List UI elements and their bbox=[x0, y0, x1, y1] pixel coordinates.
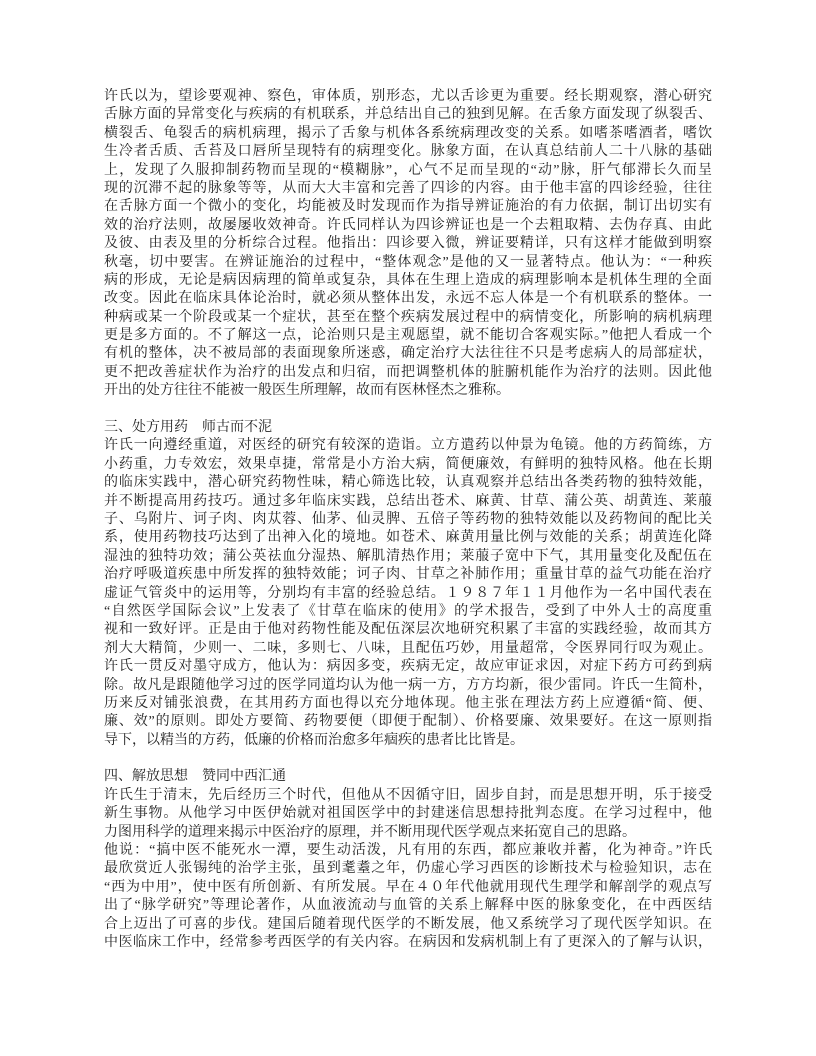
text-line: 在舌脉方面一个微小的变化，均能被及时发现而作为指导辨证施治的有力依据，制订出切实… bbox=[104, 198, 712, 216]
text-line: “西为中用”，使中医有所创新、有所发展。早在４０年代他就用现代生理学和解剖学的观… bbox=[104, 879, 712, 897]
paragraph-prescription: 许氏一向遵经重道，对医经的研究有较深的造诣。立方遣药以仲景为龟镜。他的方药简练，… bbox=[104, 437, 712, 750]
text-line: 改变。因此在临床具体论治时，就必须从整体出发，永远不忘人体是一个有机联系的整体。… bbox=[104, 290, 712, 308]
text-line: “自然医学国际会议”上发表了《甘草在临床的使用》的学术报告，受到了中外人士的高度… bbox=[104, 603, 712, 621]
text-line: 虚证气管炎中的运用等，分别均有丰富的经验总结。１９８７年１１月他作为一名中国代表… bbox=[104, 585, 712, 603]
text-line: 新生事物。从他学习中医伊始就对祖国医学中的封建迷信思想持批判态度。在学习过程中，… bbox=[104, 805, 712, 823]
text-line: 许氏生于清末，先后经历三个时代，但他从不因循守旧，固步自封，而是思想开明，乐于接… bbox=[104, 787, 712, 805]
text-line: 上，发现了久服抑制药物而呈现的“模糊脉”，心气不足而呈现的“动”脉，肝气郁滞长久… bbox=[104, 162, 712, 180]
text-line: 历来反对铺张浪费，在其用药方面也得以充分地体现。他主张在理法方药上应遵循“简、便… bbox=[104, 695, 712, 713]
text-line: 子、乌附片、诃子肉、肉苁蓉、仙茅、仙灵脾、五倍子等药物的独特效能以及药物间的配比… bbox=[104, 511, 712, 529]
text-line: 剂大大精简，少则一、二味，多则七、八味，且配伍巧妙，用量超常，令医界同行叹为观止… bbox=[104, 640, 712, 658]
text-line: 许氏以为，望诊要观神、察色，审体质，别形态，尤以舌诊更为重要。经长期观察，潜心研… bbox=[104, 88, 712, 106]
text-line: 秋毫，切中要害。在辨证施治的过程中，“整体观念”是他的又一显著特点。他认为：“一… bbox=[104, 254, 712, 272]
text-line: 种病或某一个阶段或某一个症状，甚至在整个疾病发展过程中的病情变化，所影响的病机病… bbox=[104, 309, 712, 327]
text-line: 力图用科学的道理来揭示中医治疗的原理，并不断用现代医学观点来拓宽自己的思路。 bbox=[104, 824, 712, 842]
text-line: 导下，以精当的方药，低廉的价格而治愈多年痼疾的患者比比皆是。 bbox=[104, 732, 712, 750]
text-line: 他说：“搞中医不能死水一潭，要生动活泼，凡有用的东西，都应兼收并蓄，化为神奇。”… bbox=[104, 842, 712, 860]
text-line: 小药重，力专效宏，效果卓捷，常常是小方治大病，简便廉效，有鲜明的独特风格。他在长… bbox=[104, 456, 712, 474]
document-page: 许氏以为，望诊要观神、察色，审体质，别形态，尤以舌诊更为重要。经长期观察，潜心研… bbox=[0, 0, 816, 1056]
text-line: 效的治疗法则，故屡屡收效神奇。许氏同样认为四诊辨证也是一个去粗取精、去伪存真、由… bbox=[104, 217, 712, 235]
text-line: 出了“脉学研究”等理论著作，从血液流动与血管的关系上解释中医的脉象变化，在中西医… bbox=[104, 897, 712, 915]
text-line: 中医临床工作中，经常参考西医学的有关内容。在病因和发病机制上有了更深入的了解与认… bbox=[104, 934, 712, 952]
text-line: 及彼、由表及里的分析综合过程。他指出：四诊要入微，辨证要精详，只有这样才能做到明… bbox=[104, 235, 712, 253]
text-line: 并不断提高用药技巧。通过多年临床实践，总结出苍术、麻黄、甘草、蒲公英、胡黄连、莱… bbox=[104, 493, 712, 511]
text-line: 有机的整体，决不被局部的表面现象所迷惑，确定治疗大法往往不只是考虑病人的局部症状… bbox=[104, 345, 712, 363]
document-body: 许氏以为，望诊要观神、察色，审体质，别形态，尤以舌诊更为重要。经长期观察，潜心研… bbox=[104, 88, 712, 952]
text-line: 合上迈出了可喜的步伐。建国后随着现代医学的不断发展，他又系统学习了现代医学知识。… bbox=[104, 916, 712, 934]
heading-section-3: 三、处方用药 师古而不泥 bbox=[104, 419, 712, 437]
text-line: 湿浊的独特功效；蒲公英祛血分湿热、解肌清热作用；莱菔子宽中下气，其用量变化及配伍… bbox=[104, 548, 712, 566]
text-line: 廉、效”的原则。即处方要简、药物要便（即便于配制）、价格要廉、效果要好。在这一原… bbox=[104, 713, 712, 731]
text-line: 病的形成，无论是病因病理的简单或复杂，具体在生理上造成的病理影响本是机体生理的全… bbox=[104, 272, 712, 290]
text-line: 的临床实践中，潜心研究药物性味，精心筛选比较，认真观察并总结出各类药物的独特效能… bbox=[104, 474, 712, 492]
text-line: 开出的处方往往不能被一般医生所理解，故而有医林怪杰之雅称。 bbox=[104, 382, 712, 400]
text-line: 许氏一贯反对墨守成方，他认为：病因多变，疾病无定，故应审证求因，对症下药方可药到… bbox=[104, 658, 712, 676]
paragraph-four-diagnostics: 许氏以为，望诊要观神、察色，审体质，别形态，尤以舌诊更为重要。经长期观察，潜心研… bbox=[104, 88, 712, 401]
text-line: 治疗呼吸道疾患中所发挥的独特效能；诃子肉、甘草之补肺作用；重量甘草的益气功能在治… bbox=[104, 566, 712, 584]
text-line: 最欣赏近人张锡纯的治学主张，虽到耄耋之年，仍虚心学习西医的诊断技术与检验知识，志… bbox=[104, 860, 712, 878]
text-line: 视和一致好评。正是由于他对药物性能及配伍深层次地研究积累了丰富的实践经验，故而其… bbox=[104, 621, 712, 639]
text-line: 许氏一向遵经重道，对医经的研究有较深的造诣。立方遣药以仲景为龟镜。他的方药简练，… bbox=[104, 437, 712, 455]
text-line: 生冷者舌质、舌苔及口唇所呈现特有的病理变化。脉象方面，在认真总结前人二十八脉的基… bbox=[104, 143, 712, 161]
paragraph-open-mind-intro: 许氏生于清末，先后经历三个时代，但他从不因循守旧，固步自封，而是思想开明，乐于接… bbox=[104, 787, 712, 842]
text-line: 除。故凡是跟随他学习过的医学同道均认为他一病一方，方方均新，很少雷同。许氏一生简… bbox=[104, 677, 712, 695]
text-line: 横裂舌、龟裂舌的病机病理，揭示了舌象与机体各系统病理改变的关系。如嗜茶嗜酒者，嗜… bbox=[104, 125, 712, 143]
heading-section-4: 四、解放思想 赞同中西汇通 bbox=[104, 768, 712, 786]
text-line: 系，使用药物技巧达到了出神入化的境地。如苍术、麻黄用量比例与效能的关系；胡黄连化… bbox=[104, 529, 712, 547]
text-line: 现的沉滞不起的脉象等等，从而大大丰富和完善了四诊的内容。由于他丰富的四诊经验，往… bbox=[104, 180, 712, 198]
text-line: 更不把改善症状作为治疗的出发点和归宿，而把调整机体的脏腑机能作为治疗的法则。因此… bbox=[104, 364, 712, 382]
paragraph-west-east-integration: 他说：“搞中医不能死水一潭，要生动活泼，凡有用的东西，都应兼收并蓄，化为神奇。”… bbox=[104, 842, 712, 952]
text-line: 舌脉方面的异常变化与疾病的有机联系，并总结出自己的独到见解。在舌象方面发现了纵裂… bbox=[104, 106, 712, 124]
text-line: 更是多方面的。不了解这一点，论治则只是主观愿望，就不能切合客观实际。”他把人看成… bbox=[104, 327, 712, 345]
